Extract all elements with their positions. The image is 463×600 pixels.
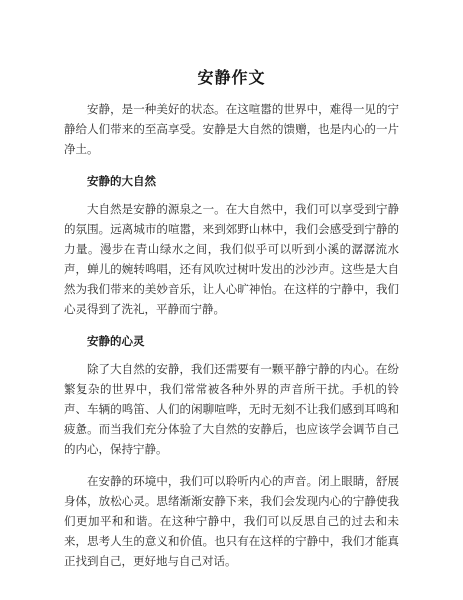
page-title: 安静作文 <box>64 70 399 87</box>
section-heading-mind: 安静的心灵 <box>64 332 399 352</box>
paragraph-mind-2: 在安静的环境中，我们可以聆听内心的声音。闭上眼睛，舒展身体，放松心灵。思绪渐渐安… <box>64 472 399 572</box>
intro-paragraph: 安静，是一种美好的状态。在这喧嚣的世界中，难得一见的宁静给人们带来的至高享受。安… <box>64 100 399 160</box>
section-heading-nature: 安静的大自然 <box>64 172 399 192</box>
paragraph-mind-1: 除了大自然的安静，我们还需要有一颗平静宁静的内心。在纷繁复杂的世界中，我们常常被… <box>64 360 399 460</box>
paragraph-nature: 大自然是安静的源泉之一。在大自然中，我们可以享受到宁静的氛围。远离城市的喧嚣，来… <box>64 200 399 320</box>
document-page: 安静作文 安静，是一种美好的状态。在这喧嚣的世界中，难得一见的宁静给人们带来的至… <box>0 0 463 600</box>
